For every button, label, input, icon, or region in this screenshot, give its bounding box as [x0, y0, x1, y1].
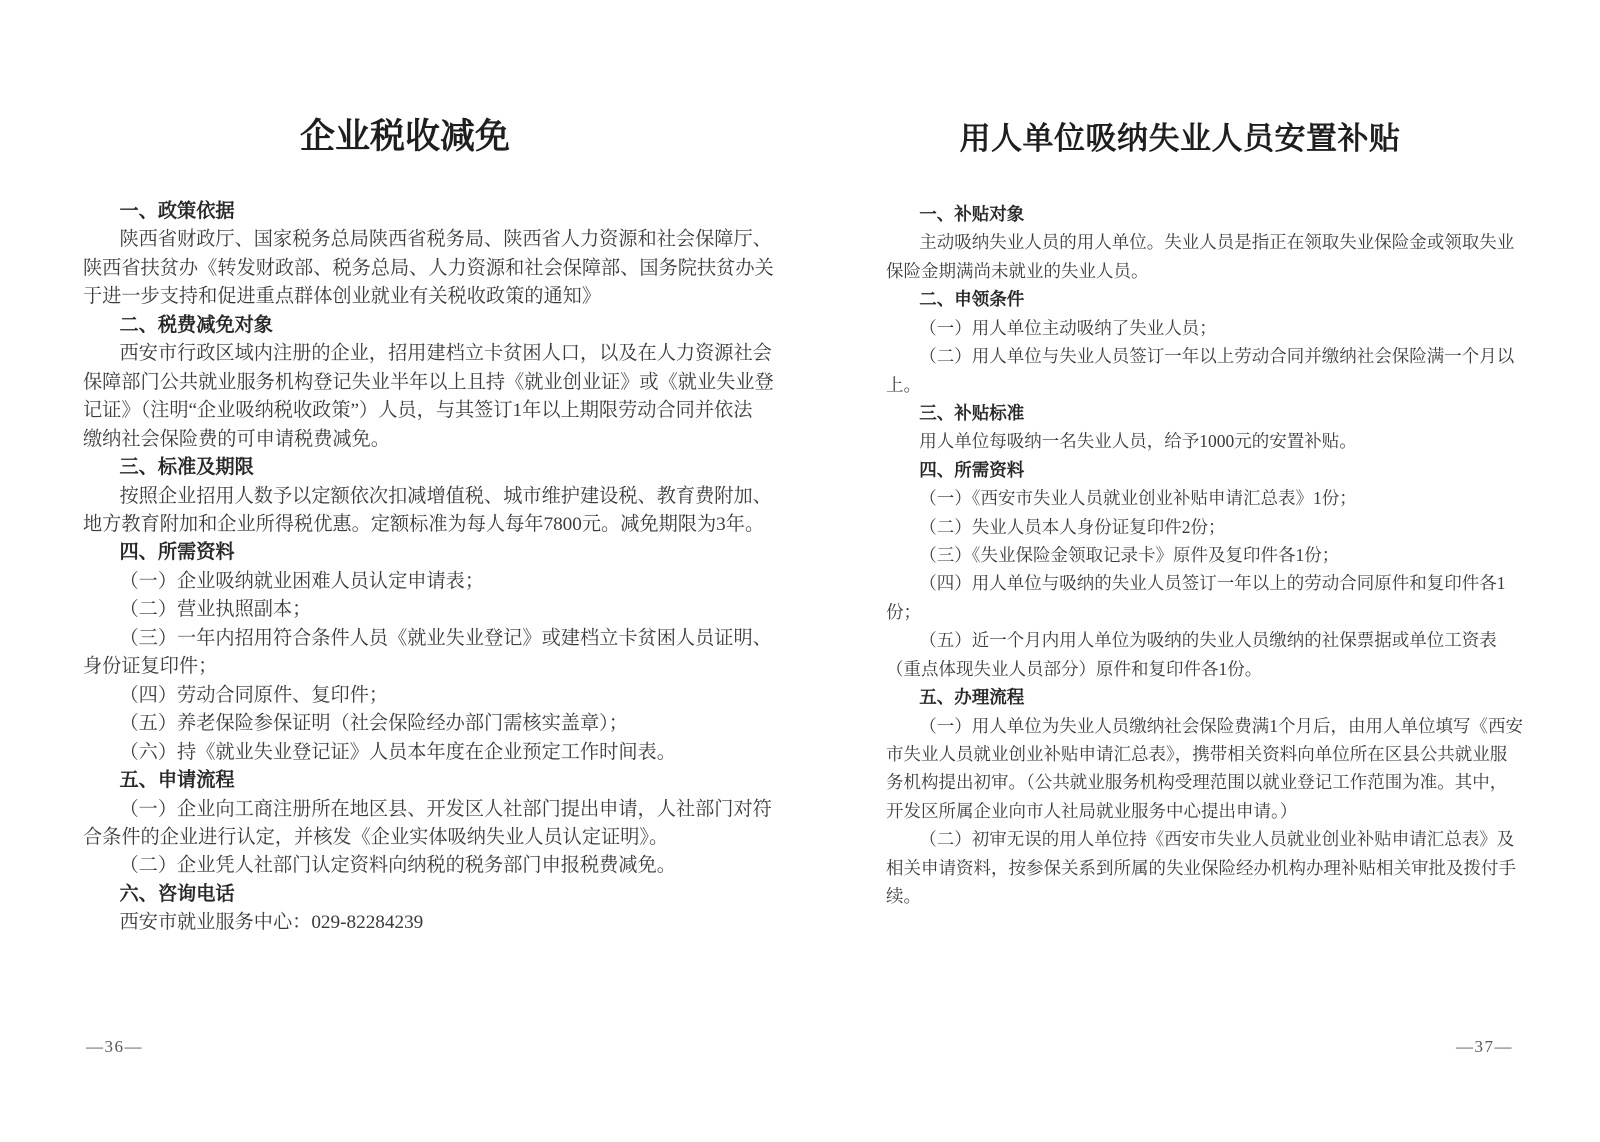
right-page: 用人单位吸纳失业人员安置补贴 一、补贴对象主动吸纳失业人员的用人单位。失业人员是… [800, 0, 1600, 1142]
section-heading: 三、补贴标准 [886, 399, 1528, 427]
body-line: （五）养老保险参保证明（社会保险经办部门需核实盖章）； [83, 710, 787, 738]
body-line: （四）用人单位与吸纳的失业人员签订一年以上的劳动合同原件和复印件各1 [886, 569, 1528, 597]
body-line: 开发区所属企业向市人社局就业服务中心提出申请。） [886, 797, 1528, 825]
right-page-number: —37— [1456, 1037, 1513, 1057]
section-heading: 二、申领条件 [886, 285, 1528, 313]
section-heading: 三、标准及期限 [83, 454, 787, 482]
body-line: 市失业人员就业创业补贴申请汇总表》，携带相关资料向单位所在区县公共就业服 [886, 740, 1528, 768]
section-heading: 一、政策依据 [83, 198, 787, 226]
body-line: （二）失业人员本人身份证复印件2份； [886, 513, 1528, 541]
body-line: 按照企业招用人数予以定额依次扣减增值税、城市维护建设税、教育费附加、 [83, 483, 787, 511]
body-line: （一）《西安市失业人员就业创业补贴申请汇总表》1份； [886, 484, 1528, 512]
body-line: 地方教育附加和企业所得税优惠。定额标准为每人每年7800元。减免期限为3年。 [83, 511, 787, 539]
body-line: （一）企业吸纳就业困难人员认定申请表； [83, 568, 787, 596]
body-line: （四）劳动合同原件、复印件； [83, 682, 787, 710]
document-spread: 企业税收减免 一、政策依据陕西省财政厅、国家税务总局陕西省税务局、陕西省人力资源… [0, 0, 1600, 1142]
body-line: （五）近一个月内用人单位为吸纳的失业人员缴纳的社保票据或单位工资表 [886, 626, 1528, 654]
body-line: 续。 [886, 882, 1528, 910]
body-line: （二）企业凭人社部门认定资料向纳税的税务部门申报税费减免。 [83, 852, 787, 880]
body-line: （一）用人单位主动吸纳了失业人员； [886, 314, 1528, 342]
left-page-body: 一、政策依据陕西省财政厅、国家税务总局陕西省税务局、陕西省人力资源和社会保障厅、… [83, 198, 787, 938]
body-line: 身份证复印件； [83, 653, 787, 681]
left-page: 企业税收减免 一、政策依据陕西省财政厅、国家税务总局陕西省税务局、陕西省人力资源… [0, 0, 800, 1142]
body-line: 主动吸纳失业人员的用人单位。失业人员是指正在领取失业保险金或领取失业 [886, 228, 1528, 256]
body-line: （二）用人单位与失业人员签订一年以上劳动合同并缴纳社会保险满一个月以 [886, 342, 1528, 370]
body-line: （二）营业执照副本； [83, 596, 787, 624]
body-line: （三）《失业保险金领取记录卡》原件及复印件各1份； [886, 541, 1528, 569]
body-line: （二）初审无误的用人单位持《西安市失业人员就业创业补贴申请汇总表》及 [886, 825, 1528, 853]
body-line: 记证》（注明“企业吸纳税收政策”）人员，与其签订1年以上期限劳动合同并依法 [83, 397, 787, 425]
body-line: 西安市就业服务中心：029-82284239 [83, 909, 787, 937]
left-page-title: 企业税收减免 [5, 116, 805, 158]
body-line: 西安市行政区域内注册的企业，招用建档立卡贫困人口，以及在人力资源社会 [83, 340, 787, 368]
body-line: 合条件的企业进行认定，并核发《企业实体吸纳失业人员认定证明》。 [83, 824, 787, 852]
section-heading: 四、所需资料 [83, 539, 787, 567]
body-line: （三）一年内招用符合条件人员《就业失业登记》或建档立卡贫困人员证明、 [83, 625, 787, 653]
body-line: 保险金期满尚未就业的失业人员。 [886, 257, 1528, 285]
body-line: 于进一步支持和促进重点群体创业就业有关税收政策的通知》 [83, 283, 787, 311]
section-heading: 四、所需资料 [886, 456, 1528, 484]
body-line: （重点体现失业人员部分）原件和复印件各1份。 [886, 655, 1528, 683]
body-line: 务机构提出初审。（公共就业服务机构受理范围以就业登记工作范围为准。其中， [886, 768, 1528, 796]
section-heading: 二、税费减免对象 [83, 312, 787, 340]
body-line: 用人单位每吸纳一名失业人员，给予1000元的安置补贴。 [886, 427, 1528, 455]
section-heading: 六、咨询电话 [83, 881, 787, 909]
body-line: 陕西省扶贫办《转发财政部、税务总局、人力资源和社会保障部、国务院扶贫办关 [83, 255, 787, 283]
section-heading: 五、办理流程 [886, 683, 1528, 711]
section-heading: 一、补贴对象 [886, 200, 1528, 228]
right-page-body: 一、补贴对象主动吸纳失业人员的用人单位。失业人员是指正在领取失业保险金或领取失业… [886, 200, 1528, 911]
section-heading: 五、申请流程 [83, 767, 787, 795]
right-page-title: 用人单位吸纳失业人员安置补贴 [780, 120, 1580, 157]
body-line: 份； [886, 598, 1528, 626]
body-line: （一）企业向工商注册所在地区县、开发区人社部门提出申请，人社部门对符 [83, 796, 787, 824]
body-line: 保障部门公共就业服务机构登记失业半年以上且持《就业创业证》或《就业失业登 [83, 369, 787, 397]
left-page-number: —36— [86, 1037, 143, 1057]
body-line: （一）用人单位为失业人员缴纳社会保险费满1个月后，由用人单位填写《西安 [886, 712, 1528, 740]
body-line: 陕西省财政厅、国家税务总局陕西省税务局、陕西省人力资源和社会保障厅、 [83, 226, 787, 254]
body-line: 相关申请资料，按参保关系到所属的失业保险经办机构办理补贴相关审批及拨付手 [886, 854, 1528, 882]
body-line: （六）持《就业失业登记证》人员本年度在企业预定工作时间表。 [83, 739, 787, 767]
body-line: 缴纳社会保险费的可申请税费减免。 [83, 426, 787, 454]
body-line: 上。 [886, 371, 1528, 399]
